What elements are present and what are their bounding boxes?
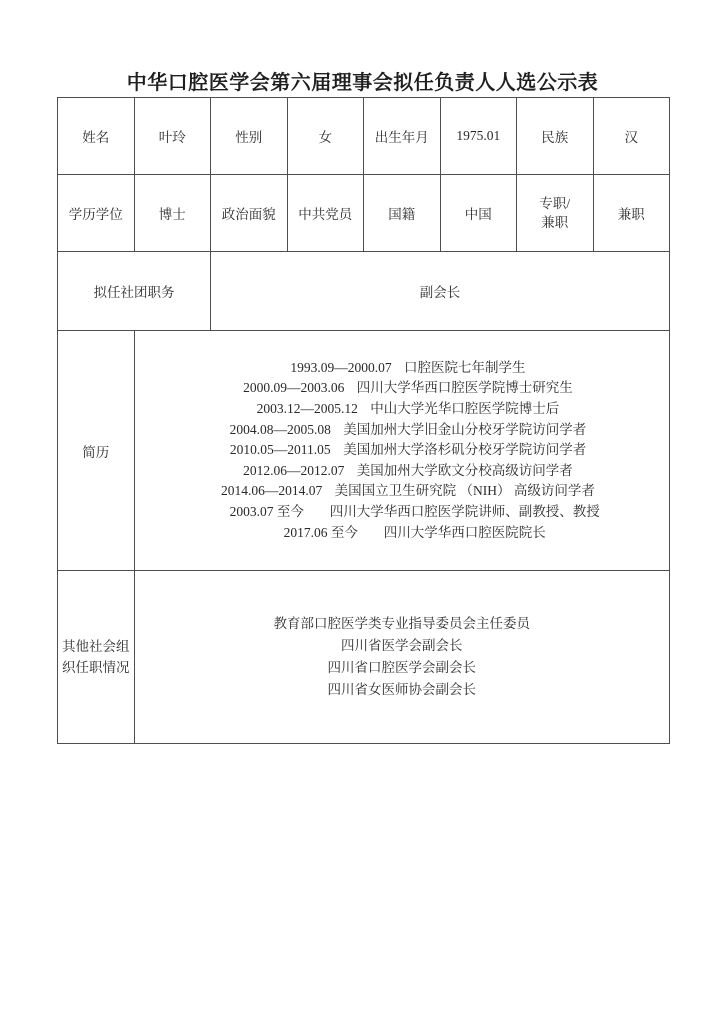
employment-type-label-line1: 专职/	[520, 194, 590, 213]
political-status-label: 政治面貌	[211, 175, 288, 252]
ethnicity-label: 民族	[517, 98, 594, 175]
resume-period: 2010.05—2011.05	[217, 440, 343, 461]
resume-period: 2003.07 至今	[204, 502, 330, 523]
resume-description: 口腔医院七年制学生	[404, 360, 526, 375]
resume-entry: 1993.09—2000.07口腔医院七年制学生	[138, 358, 667, 379]
resume-description: 美国加州大学洛杉矶分校牙学院访问学者	[343, 442, 586, 457]
resume-period: 2012.06—2012.07	[231, 461, 357, 482]
resume-description: 美国加州大学旧金山分校牙学院访问学者	[343, 422, 586, 437]
other-position-entry: 四川省口腔医学会副会长	[138, 657, 667, 679]
other-position-entry: 四川省女医师协会副会长	[138, 679, 667, 701]
resume-description: 中山大学光华口腔医学院博士后	[370, 401, 559, 416]
table-row-basic-2: 学历学位 博士 政治面貌 中共党员 国籍 中国 专职/ 兼职 兼职	[58, 175, 670, 252]
table-row-other-positions: 其他社会组织任职情况 教育部口腔医学类专业指导委员会主任委员 四川省医学会副会长…	[58, 571, 670, 744]
gender-label: 性别	[211, 98, 288, 175]
nationality-value: 中国	[440, 175, 517, 252]
resume-description: 四川大学华西口腔医院院长	[384, 525, 546, 540]
political-status-value: 中共党员	[287, 175, 364, 252]
resume-description: 美国国立卫生研究院 （NIH） 高级访问学者	[335, 483, 595, 498]
employment-type-label: 专职/ 兼职	[517, 175, 594, 252]
employment-type-value: 兼职	[593, 175, 670, 252]
resume-entry: 2014.06—2014.07美国国立卫生研究院 （NIH） 高级访问学者	[138, 481, 667, 502]
proposed-position-label: 拟任社团职务	[58, 252, 211, 331]
ethnicity-value: 汉	[593, 98, 670, 175]
employment-type-label-line2: 兼职	[520, 213, 590, 232]
other-positions-content: 教育部口腔医学类专业指导委员会主任委员 四川省医学会副会长 四川省口腔医学会副会…	[134, 571, 670, 744]
resume-period: 2003.12—2005.12	[244, 399, 370, 420]
resume-entry: 2004.08—2005.08美国加州大学旧金山分校牙学院访问学者	[138, 420, 667, 441]
resume-entry: 2017.06 至今四川大学华西口腔医院院长	[138, 523, 667, 544]
resume-description: 四川大学华西口腔医学院博士研究生	[357, 380, 573, 395]
gender-value: 女	[287, 98, 364, 175]
resume-entry: 2012.06—2012.07美国加州大学欧文分校高级访问学者	[138, 461, 667, 482]
resume-period: 2000.09—2003.06	[231, 378, 357, 399]
page-title: 中华口腔医学会第六届理事会拟任负责人人选公示表	[0, 66, 725, 95]
birthdate-value: 1975.01	[440, 98, 517, 175]
proposed-position-value: 副会长	[211, 252, 670, 331]
table-row-basic-1: 姓名 叶玲 性别 女 出生年月 1975.01 民族 汉	[58, 98, 670, 175]
degree-label: 学历学位	[58, 175, 135, 252]
table-row-resume: 简历 1993.09—2000.07口腔医院七年制学生 2000.09—2003…	[58, 331, 670, 571]
name-value: 叶玲	[134, 98, 211, 175]
degree-value: 博士	[134, 175, 211, 252]
nationality-label: 国籍	[364, 175, 441, 252]
name-label: 姓名	[58, 98, 135, 175]
resume-label: 简历	[58, 331, 135, 571]
other-position-entry: 教育部口腔医学类专业指导委员会主任委员	[138, 613, 667, 635]
resume-period: 2017.06 至今	[258, 523, 384, 544]
birthdate-label: 出生年月	[364, 98, 441, 175]
resume-description: 美国加州大学欧文分校高级访问学者	[357, 463, 573, 478]
resume-entry: 2003.07 至今四川大学华西口腔医学院讲师、副教授、教授	[138, 502, 667, 523]
resume-description: 四川大学华西口腔医学院讲师、副教授、教授	[330, 504, 600, 519]
candidate-info-table: 姓名 叶玲 性别 女 出生年月 1975.01 民族 汉 学历学位 博士 政治面…	[57, 97, 670, 744]
table-row-proposed-position: 拟任社团职务 副会长	[58, 252, 670, 331]
resume-period: 1993.09—2000.07	[278, 358, 404, 379]
other-position-entry: 四川省医学会副会长	[138, 635, 667, 657]
resume-period: 2014.06—2014.07	[209, 481, 335, 502]
document-page: 中华口腔医学会第六届理事会拟任负责人人选公示表 姓名 叶玲 性别 女 出生年月 …	[0, 0, 725, 1024]
other-positions-label: 其他社会组织任职情况	[58, 571, 135, 744]
resume-period: 2004.08—2005.08	[217, 420, 343, 441]
resume-entry: 2010.05—2011.05美国加州大学洛杉矶分校牙学院访问学者	[138, 440, 667, 461]
resume-content: 1993.09—2000.07口腔医院七年制学生 2000.09—2003.06…	[134, 331, 670, 571]
resume-entry: 2000.09—2003.06四川大学华西口腔医学院博士研究生	[138, 378, 667, 399]
resume-entry: 2003.12—2005.12中山大学光华口腔医学院博士后	[138, 399, 667, 420]
